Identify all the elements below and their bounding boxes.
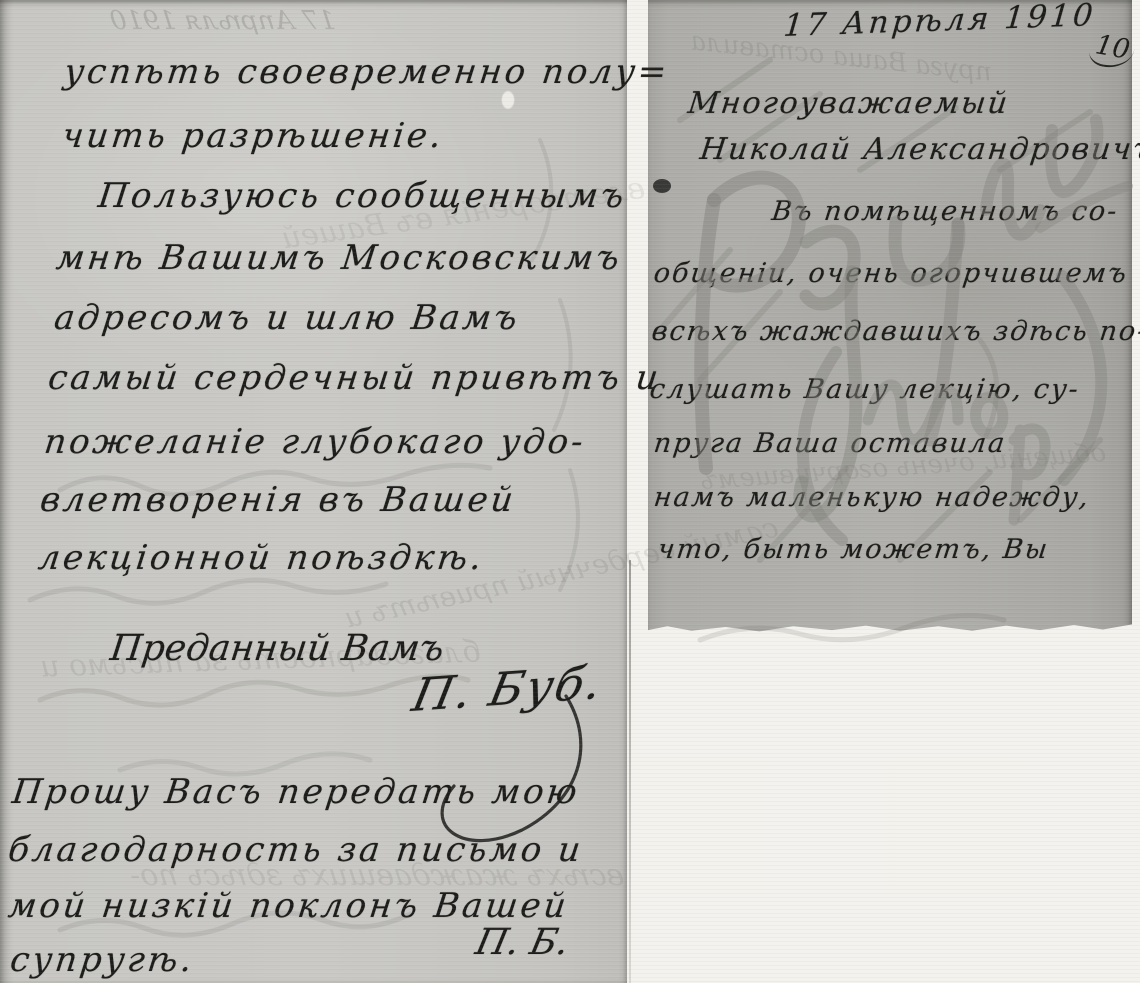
handwritten-line: общеніи, очень огорчившемъ	[652, 258, 1130, 289]
postscript-initials: П. Б.	[472, 922, 573, 963]
handwritten-line: самый сердечный привѣтъ и	[46, 358, 663, 398]
handwritten-line: Въ помѣщенномъ со-	[770, 196, 1120, 227]
handwritten-line: Пользуюсь сообщеннымъ	[96, 176, 629, 216]
handwritten-line: чить разрѣшеніе.	[60, 116, 446, 156]
handwritten-line: успѣть своевременно полу=	[62, 52, 672, 92]
handwritten-line: мнѣ Вашимъ Московскимъ	[54, 238, 624, 278]
postscript-line: благодарность за письмо и	[6, 830, 586, 870]
salutation-line: Николай Александровичъ!	[698, 132, 1140, 167]
postscript-line: Прошу Васъ передать мою	[10, 772, 582, 812]
handwritten-line: адресомъ и шлю Вамъ	[52, 298, 522, 338]
page-edge-line	[629, 560, 631, 983]
handwritten-line: пожеланіе глубокаго удо-	[42, 422, 588, 462]
postscript-line: супругѣ.	[8, 940, 197, 980]
handwritten-line: всѣхъ жаждавшихъ здѣсь по-	[650, 316, 1140, 347]
salutation-line: Многоуважаемый	[686, 86, 1011, 121]
handwritten-line: что, быть можетъ, Вы	[656, 534, 1051, 565]
handwritten-line: слушать Вашу лекцію, су-	[648, 374, 1082, 405]
handwritten-line: пруга Ваша оставила	[652, 428, 1008, 459]
handwritten-line: влетворенія въ Вашей	[38, 480, 518, 520]
letter-scan: 17 Апрѣля 1910 влетворенія въ Вашей самы…	[0, 0, 1140, 983]
handwritten-line: лекціонной поѣздкѣ.	[36, 538, 487, 578]
postscript-line: мой низкій поклонъ Вашей	[6, 886, 571, 926]
valediction-line: Преданный Вамъ	[108, 628, 446, 669]
handwritten-line: намъ маленькую надежду,	[652, 482, 1092, 513]
